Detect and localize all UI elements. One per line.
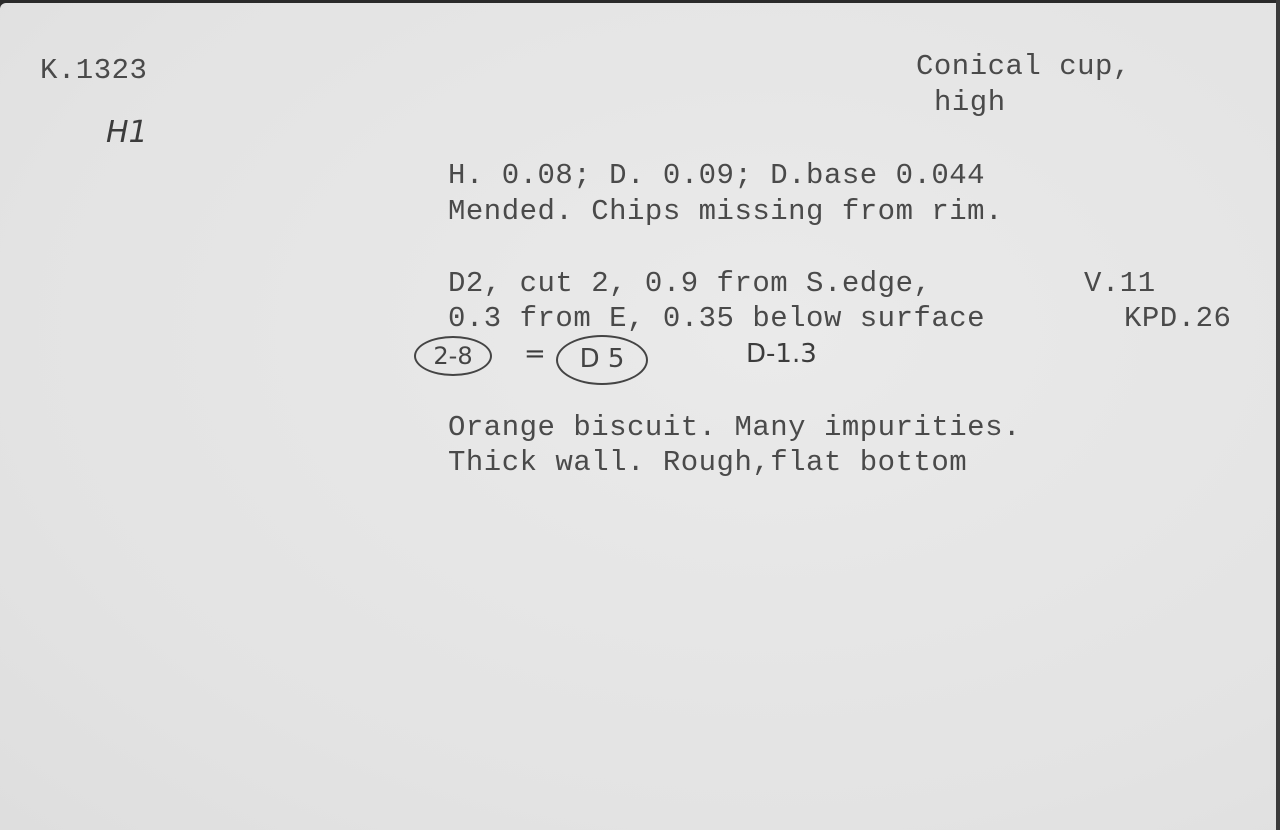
kpd-ref: KPD.26 <box>1124 301 1231 337</box>
circled-code-1: 2-8 <box>414 336 492 376</box>
catalog-card: K.1323 H1 Conical cup, high H. 0.08; D. … <box>0 3 1276 830</box>
object-type: Conical cup, <box>916 49 1131 85</box>
description-line-1: Orange biscuit. Many impurities. <box>448 410 1021 446</box>
catalog-number: K.1323 <box>40 53 147 89</box>
volume-ref: V.11 <box>1084 266 1156 302</box>
handwritten-mark: H1 <box>106 115 148 150</box>
description-line-2: Thick wall. Rough,flat bottom <box>448 445 967 481</box>
circled-code-2: D 5 <box>556 335 648 385</box>
findspot-line-2: 0.3 from E, 0.35 below surface <box>448 301 985 337</box>
handwritten-note: D-1.3 <box>746 339 817 369</box>
findspot-line-1: D2, cut 2, 0.9 from S.edge, <box>448 266 931 302</box>
condition: Mended. Chips missing from rim. <box>448 194 1003 230</box>
equals-sign: = <box>524 339 546 369</box>
dimensions: H. 0.08; D. 0.09; D.base 0.044 <box>448 158 985 194</box>
scan-edge <box>1276 0 1280 830</box>
object-subtype: high <box>934 85 1006 121</box>
